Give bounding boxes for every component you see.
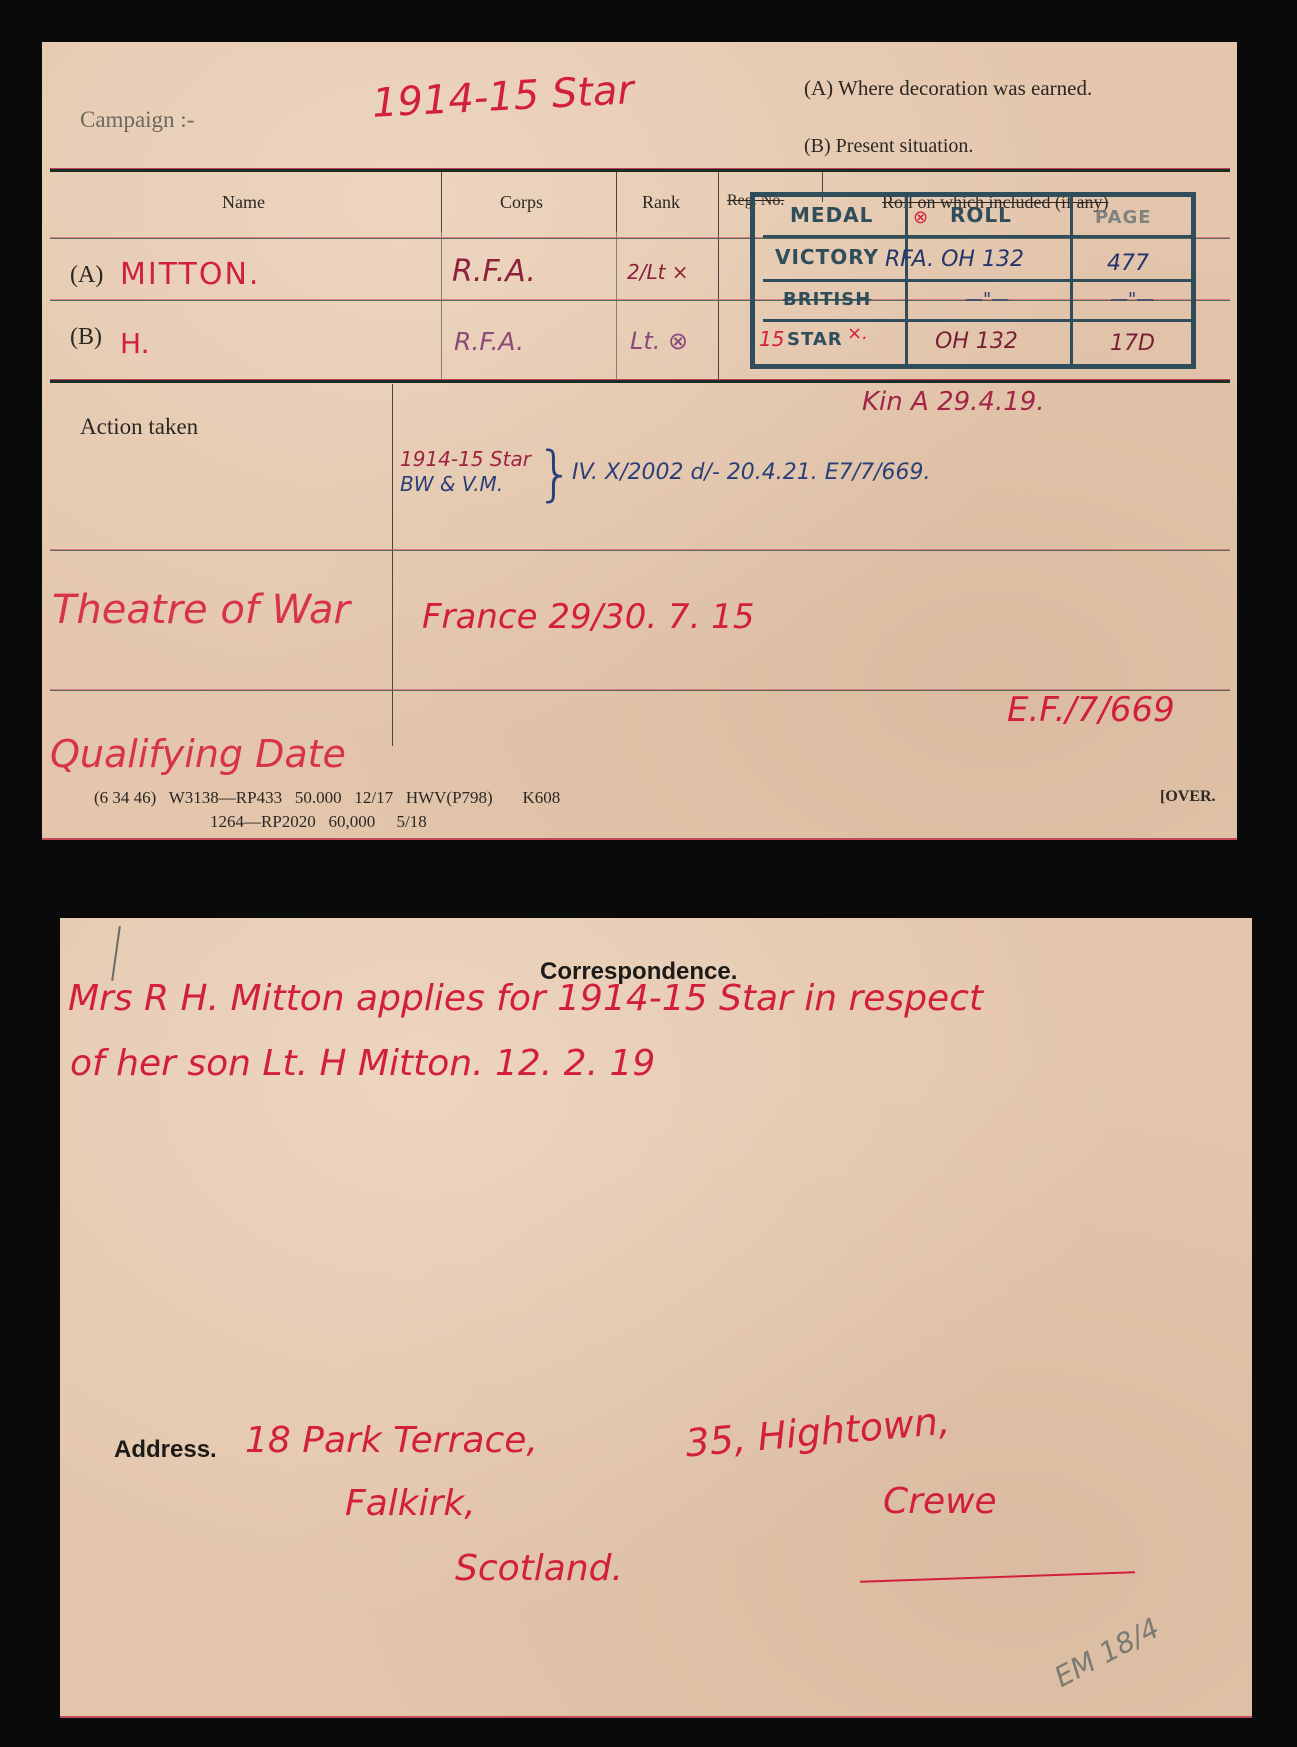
- stamp-header-page: PAGE: [1095, 207, 1152, 228]
- stamp-roll-star: OH 132: [935, 329, 1018, 354]
- row-b-initial: H.: [120, 327, 149, 360]
- divider-rank-regno: [718, 172, 719, 382]
- action-medal-line1: 1914-15 Star: [400, 447, 531, 471]
- stamp-row-3: [763, 319, 1193, 322]
- stamp-page-victory: 477: [1107, 251, 1149, 276]
- medal-index-card-back: Correspondence. Mrs R H. Mitton applies …: [60, 918, 1252, 1718]
- row-b-prefix: (B): [70, 324, 102, 351]
- stamp-row-1: [763, 235, 1193, 238]
- stamp-medal-star: STAR: [787, 329, 843, 350]
- pencil-stroke: [111, 926, 121, 981]
- action-brace: }: [536, 444, 574, 504]
- medal-roll-stamp: MEDAL ⊗ ROLL PAGE VICTORY RFA. OH 132 47…: [750, 192, 1196, 369]
- legend-b: (B) Present situation.: [804, 135, 973, 158]
- address-underline: [860, 1571, 1135, 1583]
- row-a-surname: MITTON.: [120, 257, 260, 292]
- action-detail: IV. X/2002 d/- 20.4.21. E7/7/669.: [572, 460, 930, 485]
- row-b-rank: Lt. ⊗: [630, 327, 688, 355]
- reference-note: E.F./7/669: [1007, 690, 1175, 730]
- printer-imprint-line1: (6 34 46) W3138—RP433 50.000 12/17 HWV(P…: [94, 788, 560, 808]
- stamp-medal-british: BRITISH: [783, 289, 871, 310]
- action-medal-line2: BW & V.M.: [400, 472, 503, 496]
- divider-name-corps: [441, 172, 442, 232]
- header-corps: Corps: [500, 192, 543, 213]
- address-1-line-3: Scotland.: [455, 1548, 623, 1589]
- campaign-value: 1914-15 Star: [371, 67, 635, 127]
- address-2-line-1: 35, Hightown,: [684, 1399, 952, 1466]
- stamp-roll-victory: RFA. OH 132: [885, 247, 1024, 272]
- legend-a: (A) Where decoration was earned.: [804, 76, 1092, 101]
- header-rank: Rank: [642, 192, 680, 213]
- stamp-col-1: [905, 197, 908, 367]
- row-line-action: [50, 550, 1230, 551]
- qualifying-date-label: Qualifying Date: [50, 732, 346, 776]
- row-a-prefix: (A): [70, 262, 103, 289]
- pencil-note: EM 18/4: [1049, 1611, 1165, 1693]
- theatre-label: Theatre of War: [52, 587, 350, 633]
- divider-corps-rank: [616, 172, 617, 232]
- action-taken-label: Action taken: [80, 414, 198, 440]
- campaign-label: Campaign :-: [80, 107, 194, 133]
- letter-line-1: Mrs R H. Mitton applies for 1914-15 Star…: [68, 978, 983, 1019]
- address-1-line-1: 18 Park Terrace,: [245, 1420, 538, 1461]
- address-2-line-2: Crewe: [883, 1481, 997, 1522]
- printer-imprint-line2: 1264—RP2020 60,000 5/18: [210, 812, 427, 832]
- letter-line-2: of her son Lt. H Mitton. 12. 2. 19: [70, 1043, 655, 1084]
- stamp-medal-star-prefix: 15: [759, 327, 784, 351]
- stamp-page-british: —"—: [1110, 289, 1154, 310]
- address-label: Address.: [114, 1436, 217, 1464]
- names-rule: [50, 380, 1230, 383]
- divider-name-corps-lower: [441, 232, 442, 382]
- stamp-col-2: [1070, 197, 1073, 367]
- stamp-header-medal: MEDAL: [790, 203, 873, 227]
- header-rule: [50, 169, 1230, 172]
- row-b-corps: R.F.A.: [454, 327, 524, 356]
- stamp-roll-british: —"—: [965, 289, 1009, 310]
- stamp-row-2: [763, 279, 1193, 282]
- stamp-medal-star-suffix: ×.: [847, 323, 868, 344]
- divider-label-column: [392, 384, 393, 746]
- stamp-page-star: 17D: [1110, 331, 1155, 356]
- stamp-medal-victory: VICTORY: [775, 245, 879, 269]
- kia-note: Kin A 29.4.19.: [862, 387, 1045, 417]
- stamp-header-roll: ROLL: [950, 203, 1012, 227]
- header-name: Name: [222, 192, 265, 213]
- stamp-header-mark: ⊗: [913, 207, 928, 228]
- over-note: [OVER.: [1160, 788, 1216, 806]
- divider-corps-rank-lower: [616, 232, 617, 382]
- row-a-rank: 2/Lt ×: [627, 260, 689, 284]
- theatre-value: France 29/30. 7. 15: [422, 597, 754, 637]
- row-a-corps: R.F.A.: [452, 254, 536, 289]
- medal-index-card-front: Campaign :- 1914-15 Star (A) Where decor…: [42, 42, 1237, 840]
- address-1-line-2: Falkirk,: [345, 1483, 476, 1524]
